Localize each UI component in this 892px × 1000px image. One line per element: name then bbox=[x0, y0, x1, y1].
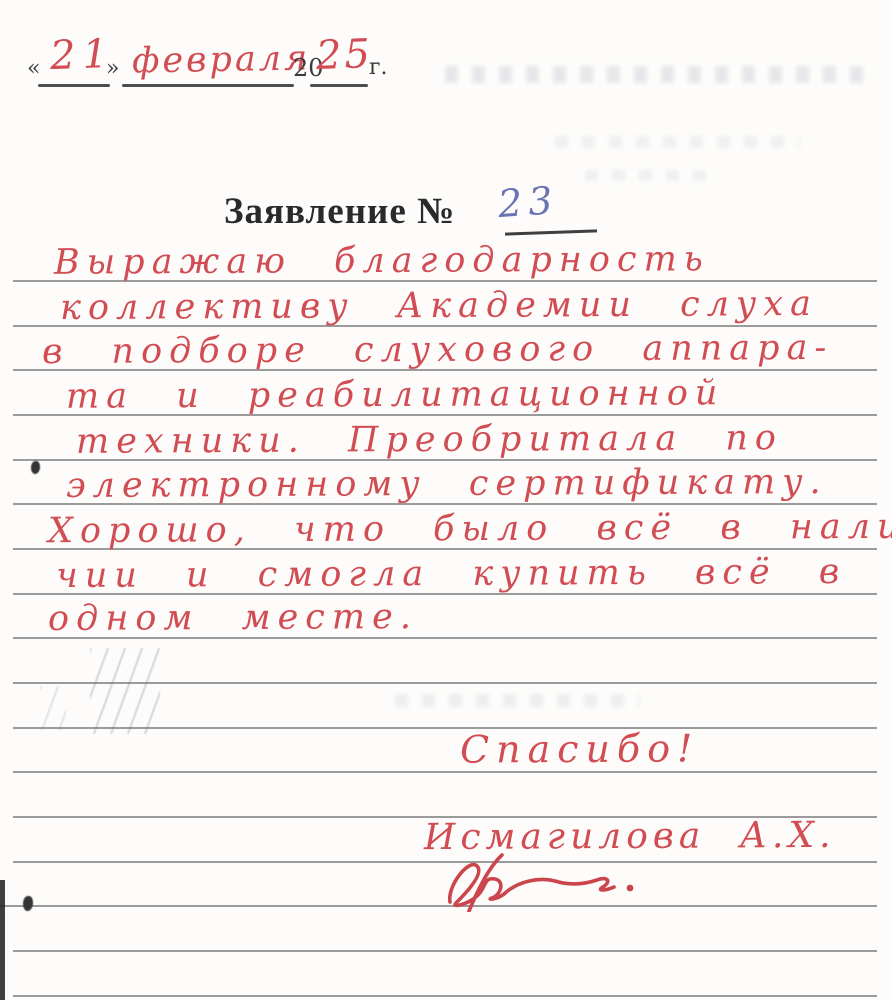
page-title: Заявление № bbox=[224, 190, 455, 233]
handwritten-line: Выражаю благодарность bbox=[54, 236, 710, 285]
statement-number: 23 bbox=[497, 178, 560, 226]
binding-hole-mark bbox=[23, 896, 33, 911]
handwritten-line: электронному сертификату. bbox=[66, 459, 828, 509]
year-unit: г. bbox=[369, 55, 388, 80]
date-day-blank-line bbox=[38, 84, 110, 87]
pencil-smudge bbox=[40, 686, 66, 730]
signature-mark bbox=[442, 850, 692, 912]
open-quote: « bbox=[27, 56, 40, 81]
statement-number-blank-line bbox=[505, 229, 597, 235]
date-year-value: 25 bbox=[315, 31, 373, 79]
ruled-line bbox=[0, 905, 877, 907]
scan-edge-shadow bbox=[0, 880, 5, 1000]
bleed-through-artifact bbox=[585, 170, 715, 181]
ruled-line bbox=[13, 771, 877, 773]
ruled-line bbox=[13, 995, 877, 997]
date-month-value: февраля bbox=[132, 38, 311, 81]
closing-thanks: Спасибо! bbox=[460, 725, 700, 772]
handwritten-line: чии и смогла купить всё в bbox=[56, 549, 846, 599]
bleed-through-artifact bbox=[555, 136, 800, 148]
handwritten-line: одном месте. bbox=[48, 594, 418, 642]
handwritten-line: техники. Преобритала по bbox=[76, 415, 783, 465]
bleed-through-artifact bbox=[395, 694, 640, 707]
pencil-smudge bbox=[90, 648, 160, 734]
binding-hole-mark bbox=[31, 461, 40, 474]
ruled-line bbox=[13, 950, 877, 952]
handwritten-line: Хорошо, что было всё в нали- bbox=[48, 504, 892, 555]
bleed-through-artifact bbox=[445, 66, 875, 83]
date-month-blank-line bbox=[122, 84, 294, 87]
handwritten-line: коллективу Академии слуха bbox=[60, 281, 818, 331]
date-year-blank-line bbox=[310, 84, 368, 87]
handwritten-line: та и реабилитационной bbox=[66, 370, 725, 419]
scanned-statement-page: « 21 » февраля 20 25 г. Заявление № 23 bbox=[0, 0, 892, 1000]
handwritten-line: в подборе слухового аппара- bbox=[42, 325, 833, 375]
close-quote: » bbox=[106, 56, 119, 81]
